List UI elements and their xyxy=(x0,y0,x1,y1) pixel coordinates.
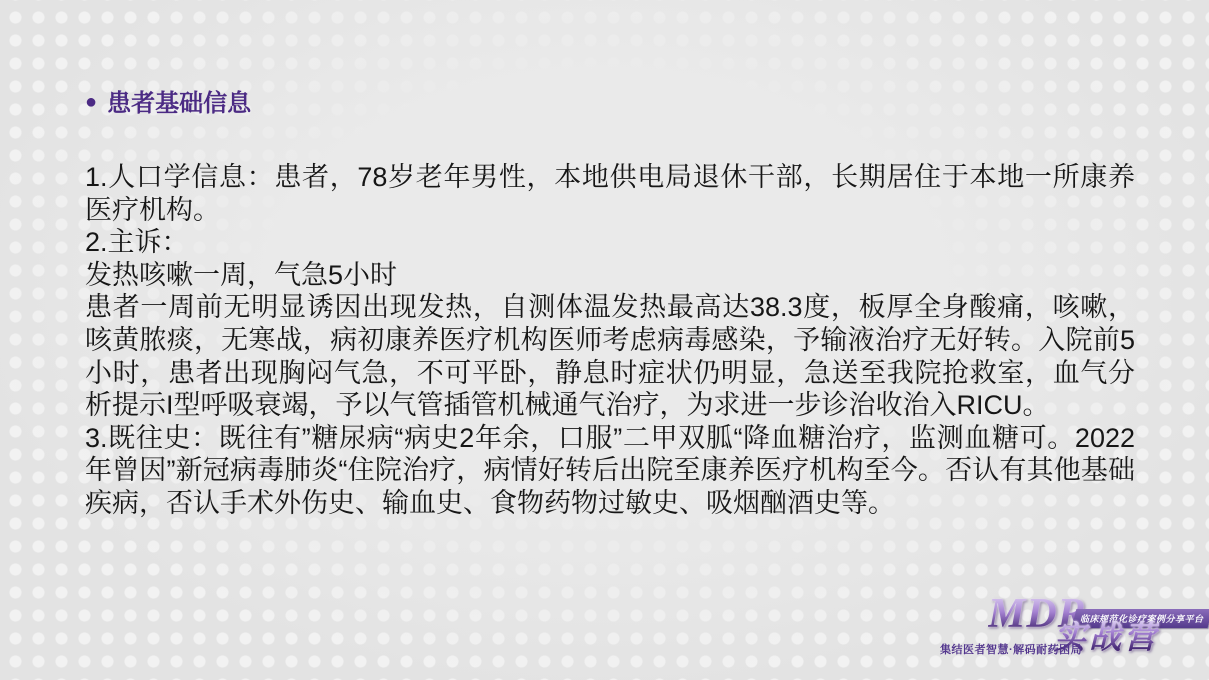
paragraph-past-history: 3.既往史：既往有”糖尿病“病史2年余，口服”二甲双胍“降血糖治疗，监测血糖可。… xyxy=(85,422,1135,520)
slide-title: 患者基础信息 xyxy=(107,83,251,118)
slide-body: 1.人口学信息：患者，78岁老年男性，本地供电局退休干部，长期居住于本地一所康养… xyxy=(85,161,1135,520)
paragraph-present-illness: 患者一周前无明显诱因出现发热，自测体温发热最高达38.3度，板厚全身酸痛，咳嗽，… xyxy=(85,291,1135,421)
presentation-slide: ● 患者基础信息 1.人口学信息：患者，78岁老年男性，本地供电局退休干部，长期… xyxy=(0,0,1209,680)
logo-tagline-text: 集结医者智慧·解码耐药困局 xyxy=(940,641,1082,657)
paragraph-demographics: 1.人口学信息：患者，78岁老年男性，本地供电局退休干部，长期居住于本地一所康养… xyxy=(85,161,1135,226)
mdr-logo: MDR 临床规范化诊疗案例分享平台 实战营 集结医者智慧·解码耐药困局 xyxy=(928,593,1206,673)
slide-heading: ● 患者基础信息 xyxy=(85,83,251,118)
bullet-icon: ● xyxy=(85,92,97,112)
paragraph-chief-complaint: 发热咳嗽一周，气急5小时 xyxy=(85,259,1135,292)
paragraph-chief-complaint-label: 2.主诉： xyxy=(85,226,1135,259)
